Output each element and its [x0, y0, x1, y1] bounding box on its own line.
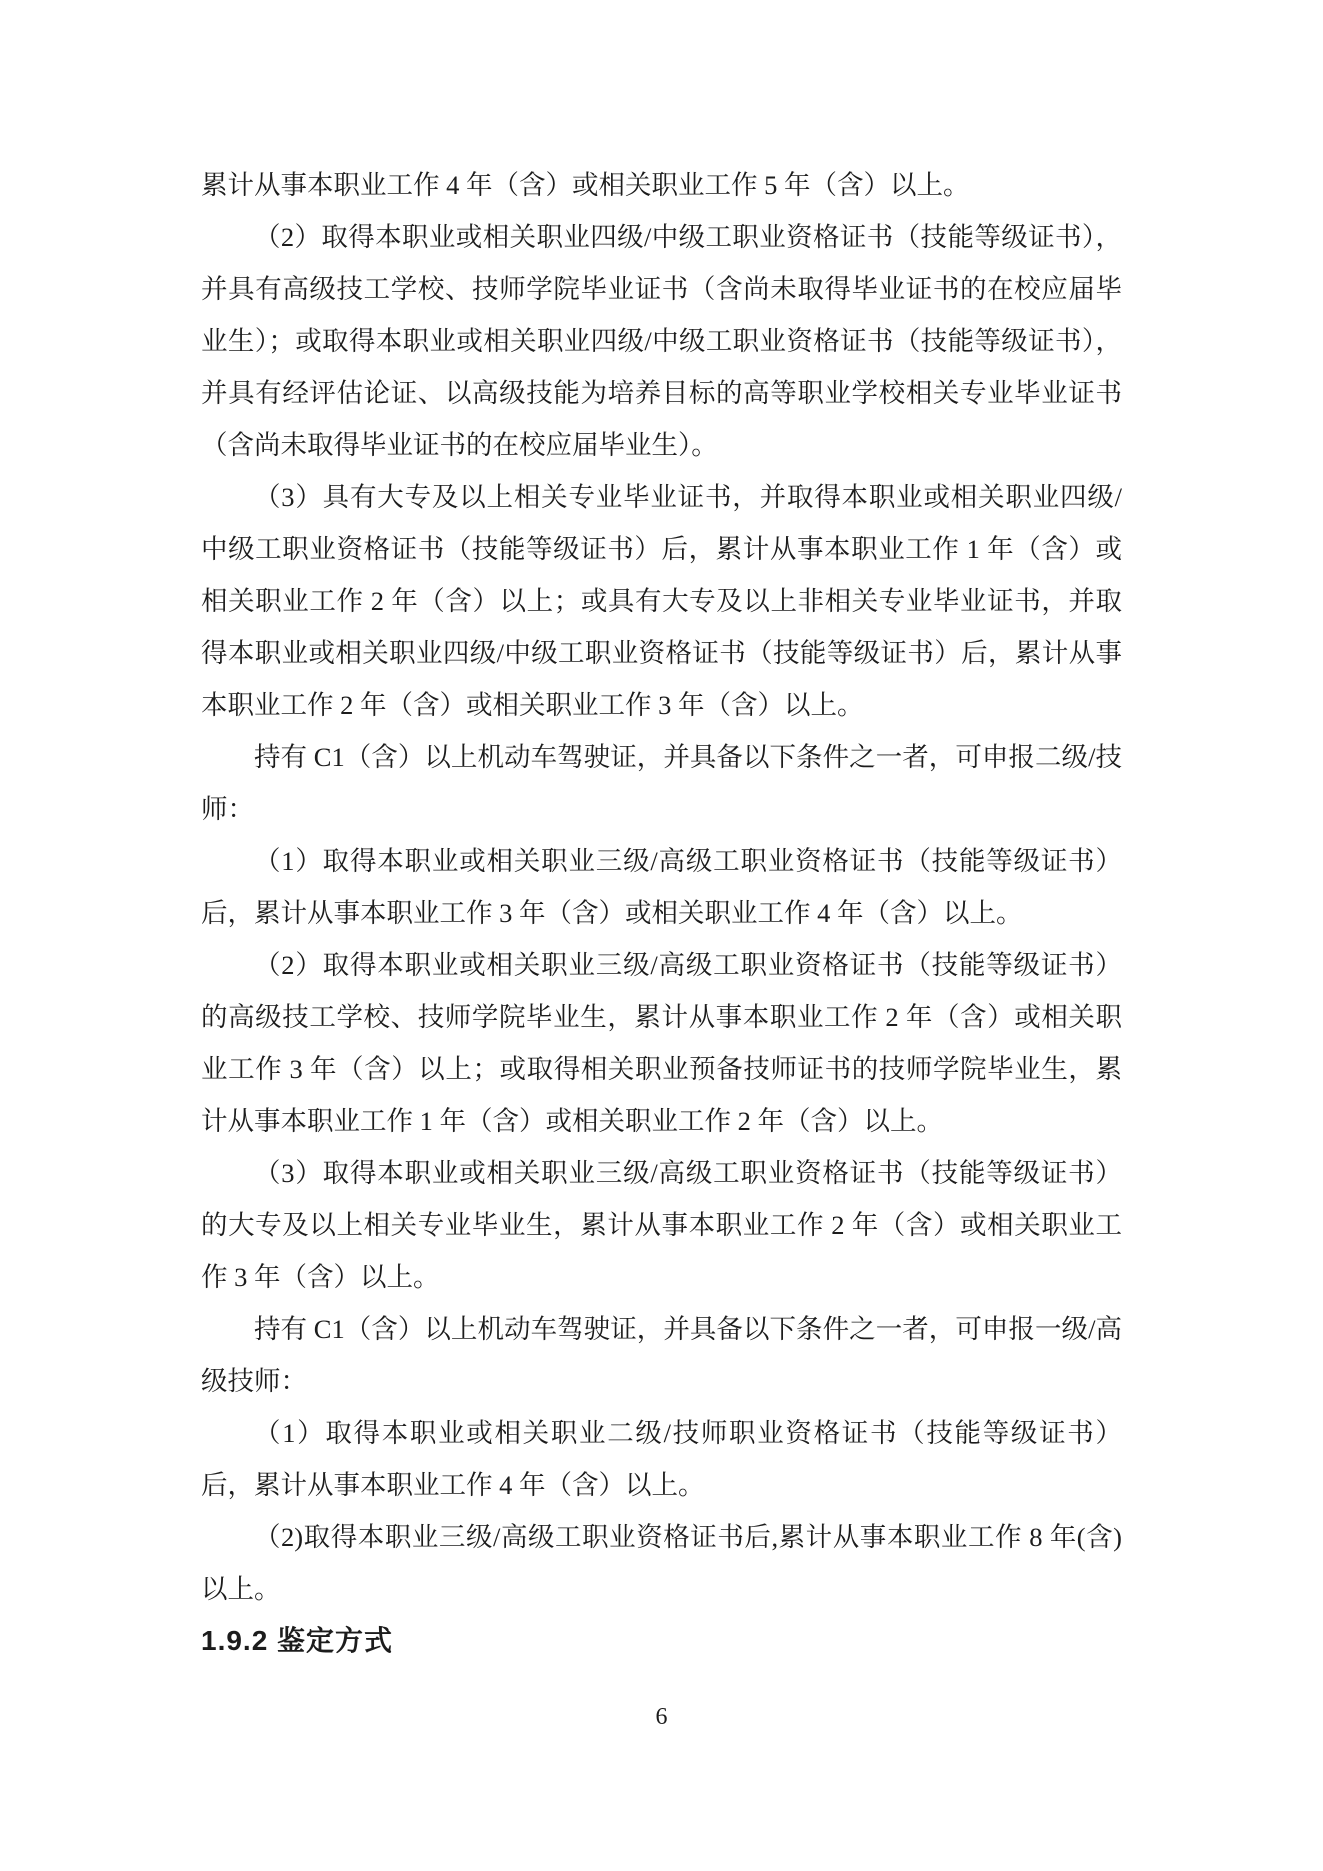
body-paragraph-continuation: 累计从事本职业工作 4 年（含）或相关职业工作 5 年（含）以上。 [201, 159, 1122, 211]
body-paragraph: （2）取得本职业或相关职业四级/中级工职业资格证书（技能等级证书），并具有高级技… [201, 211, 1122, 471]
body-paragraph: （1）取得本职业或相关职业三级/高级工职业资格证书（技能等级证书）后，累计从事本… [201, 835, 1122, 939]
section-heading: 1.9.2 鉴定方式 [201, 1615, 1122, 1667]
document-page: 累计从事本职业工作 4 年（含）或相关职业工作 5 年（含）以上。 （2）取得本… [0, 0, 1323, 1871]
body-paragraph: （2）取得本职业或相关职业三级/高级工职业资格证书（技能等级证书）的高级技工学校… [201, 939, 1122, 1147]
page-number: 6 [0, 1703, 1323, 1731]
body-paragraph: （3）具有大专及以上相关专业毕业证书，并取得本职业或相关职业四级/中级工职业资格… [201, 471, 1122, 731]
body-paragraph: 持有 C1（含）以上机动车驾驶证，并具备以下条件之一者，可申报二级/技师： [201, 731, 1122, 835]
body-paragraph: 持有 C1（含）以上机动车驾驶证，并具备以下条件之一者，可申报一级/高级技师： [201, 1303, 1122, 1407]
body-paragraph: （1）取得本职业或相关职业二级/技师职业资格证书（技能等级证书）后，累计从事本职… [201, 1407, 1122, 1511]
page-body: 累计从事本职业工作 4 年（含）或相关职业工作 5 年（含）以上。 （2）取得本… [201, 159, 1122, 1667]
body-paragraph: （3）取得本职业或相关职业三级/高级工职业资格证书（技能等级证书）的大专及以上相… [201, 1147, 1122, 1303]
body-paragraph: （2)取得本职业三级/高级工职业资格证书后,累计从事本职业工作 8 年(含)以上… [201, 1511, 1122, 1615]
